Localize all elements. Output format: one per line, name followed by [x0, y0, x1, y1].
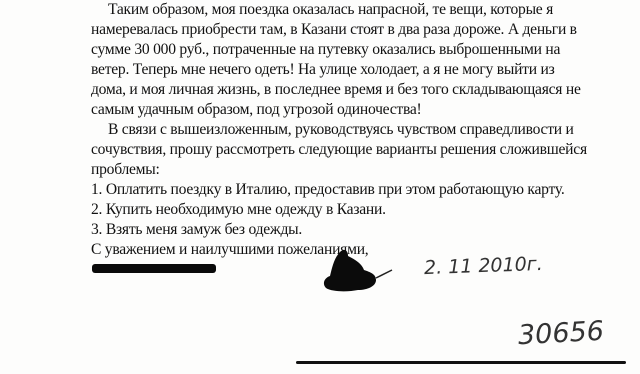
paragraph2-line-2: сочувствия, прошу рассмотреть следующие … — [91, 140, 587, 160]
paragraph2-line-3: проблемы: — [91, 160, 160, 180]
redacted-signature-blot — [318, 246, 398, 294]
paragraph1-line-5: дома, и моя личная жизнь, в последнее вр… — [91, 80, 581, 100]
handwritten-date: 2. 11 2010г. — [424, 253, 543, 279]
bottom-rule-line — [296, 361, 626, 364]
option-3: 3. Взять меня замуж без одежды. — [91, 220, 302, 240]
paragraph1-line-4: ветер. Теперь мне нечего одеть! На улице… — [91, 60, 554, 80]
paragraph1-line-3: сумме 30 000 руб., потраченные на путевк… — [91, 40, 560, 60]
option-1: 1. Оплатить поездку в Италию, предостави… — [91, 180, 564, 200]
handwritten-number: 30656 — [517, 316, 604, 351]
paragraph2-line-1: В связи с вышеизложенным, руководствуясь… — [108, 120, 574, 140]
redacted-name-bar — [92, 264, 216, 273]
paragraph1-line-2: намеревалась приобрести там, в Казани ст… — [91, 20, 577, 40]
scanned-letter-page: Таким образом, моя поездка оказалась нап… — [0, 0, 640, 374]
paragraph1-line-6: самым удачным образом, под угрозой одино… — [91, 100, 422, 120]
paragraph1-line-1: Таким образом, моя поездка оказалась нап… — [108, 0, 553, 20]
option-2: 2. Купить необходимую мне одежду в Казан… — [91, 200, 386, 220]
